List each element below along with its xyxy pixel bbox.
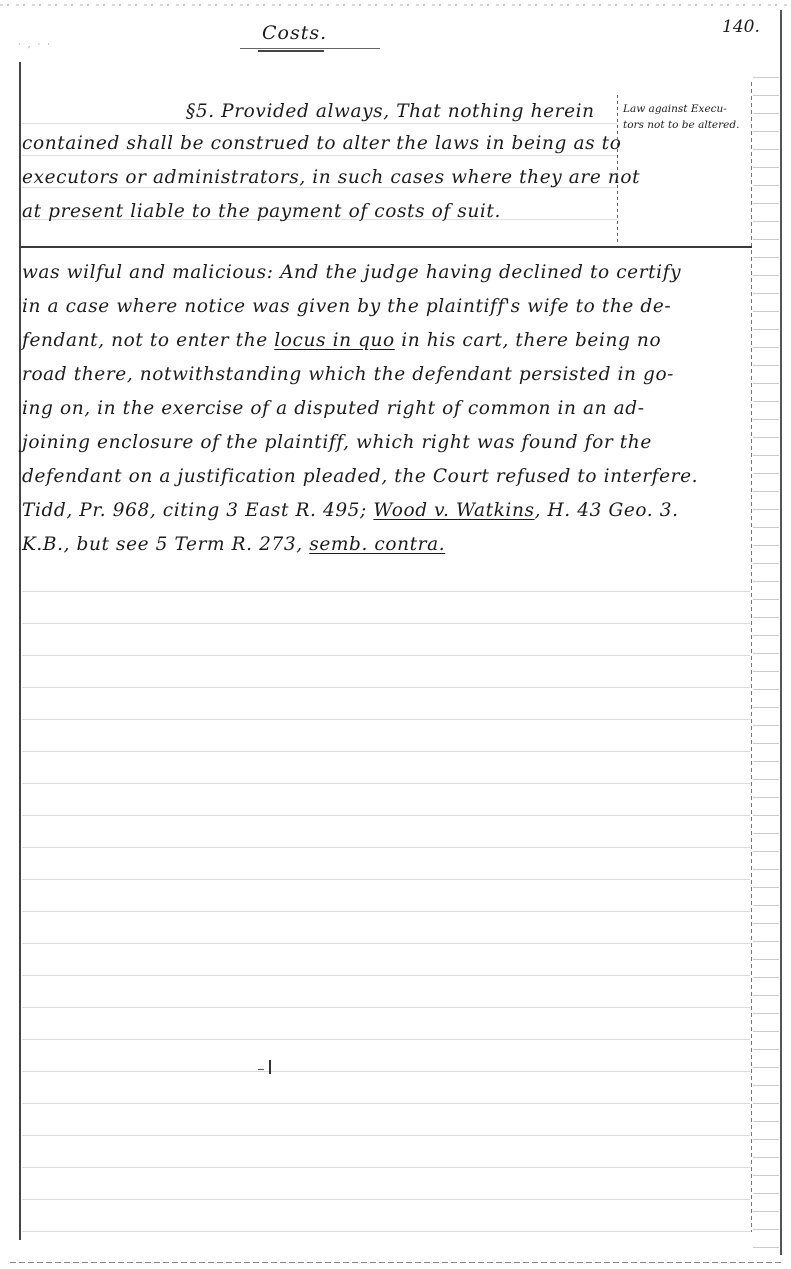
margin-note-line: Law against Execu- (623, 101, 751, 117)
text-line: contained shall be construed to alter th… (22, 133, 621, 154)
frame-bottom-border (10, 1262, 782, 1263)
text-line: K.B., but see 5 Term R. 273, semb. contr… (22, 534, 445, 555)
frame-left-border (19, 62, 21, 1240)
section-divider (20, 246, 752, 248)
text-line: road there, notwithstanding which the de… (22, 364, 674, 385)
margin-divider (617, 95, 618, 245)
latin-term: locus in quo (274, 330, 395, 351)
frame-inner-right-border (751, 82, 752, 1232)
text-line: joining enclosure of the plaintiff, whic… (22, 432, 652, 453)
stray-pen-mark (269, 1060, 271, 1074)
text-line: was wilful and malicious: And the judge … (22, 262, 681, 283)
case-name: Wood v. Watkins (373, 500, 534, 521)
title-rule (240, 48, 380, 49)
margin-note: Law against Execu- tors not to be altere… (623, 101, 751, 133)
text-line: at present liable to the payment of cost… (22, 201, 501, 222)
text-line: in a case where notice was given by the … (22, 296, 671, 317)
page-title: Costs. (262, 22, 327, 44)
text-line: §5. Provided always, That nothing herein (186, 101, 595, 122)
title-underline (258, 50, 324, 52)
frame-right-border (780, 10, 782, 1255)
page-number: 140. (722, 17, 760, 37)
text-line: fendant, not to enter the locus in quo i… (22, 330, 661, 351)
ruled-lines (22, 560, 750, 1240)
latin-term: semb. contra. (309, 534, 445, 555)
scan-specks: · , · · (18, 40, 52, 50)
right-edge-ruling (753, 60, 779, 1250)
text-line: executors or administrators, in such cas… (22, 167, 640, 188)
margin-note-line: tors not to be altered. (623, 117, 751, 133)
text-line: Tidd, Pr. 968, citing 3 East R. 495; Woo… (22, 500, 679, 521)
text-line: ing on, in the exercise of a disputed ri… (22, 398, 645, 419)
scan-edge-noise (0, 4, 791, 6)
stray-pen-mark (258, 1069, 264, 1070)
text-line: defendant on a justification pleaded, th… (22, 466, 698, 487)
